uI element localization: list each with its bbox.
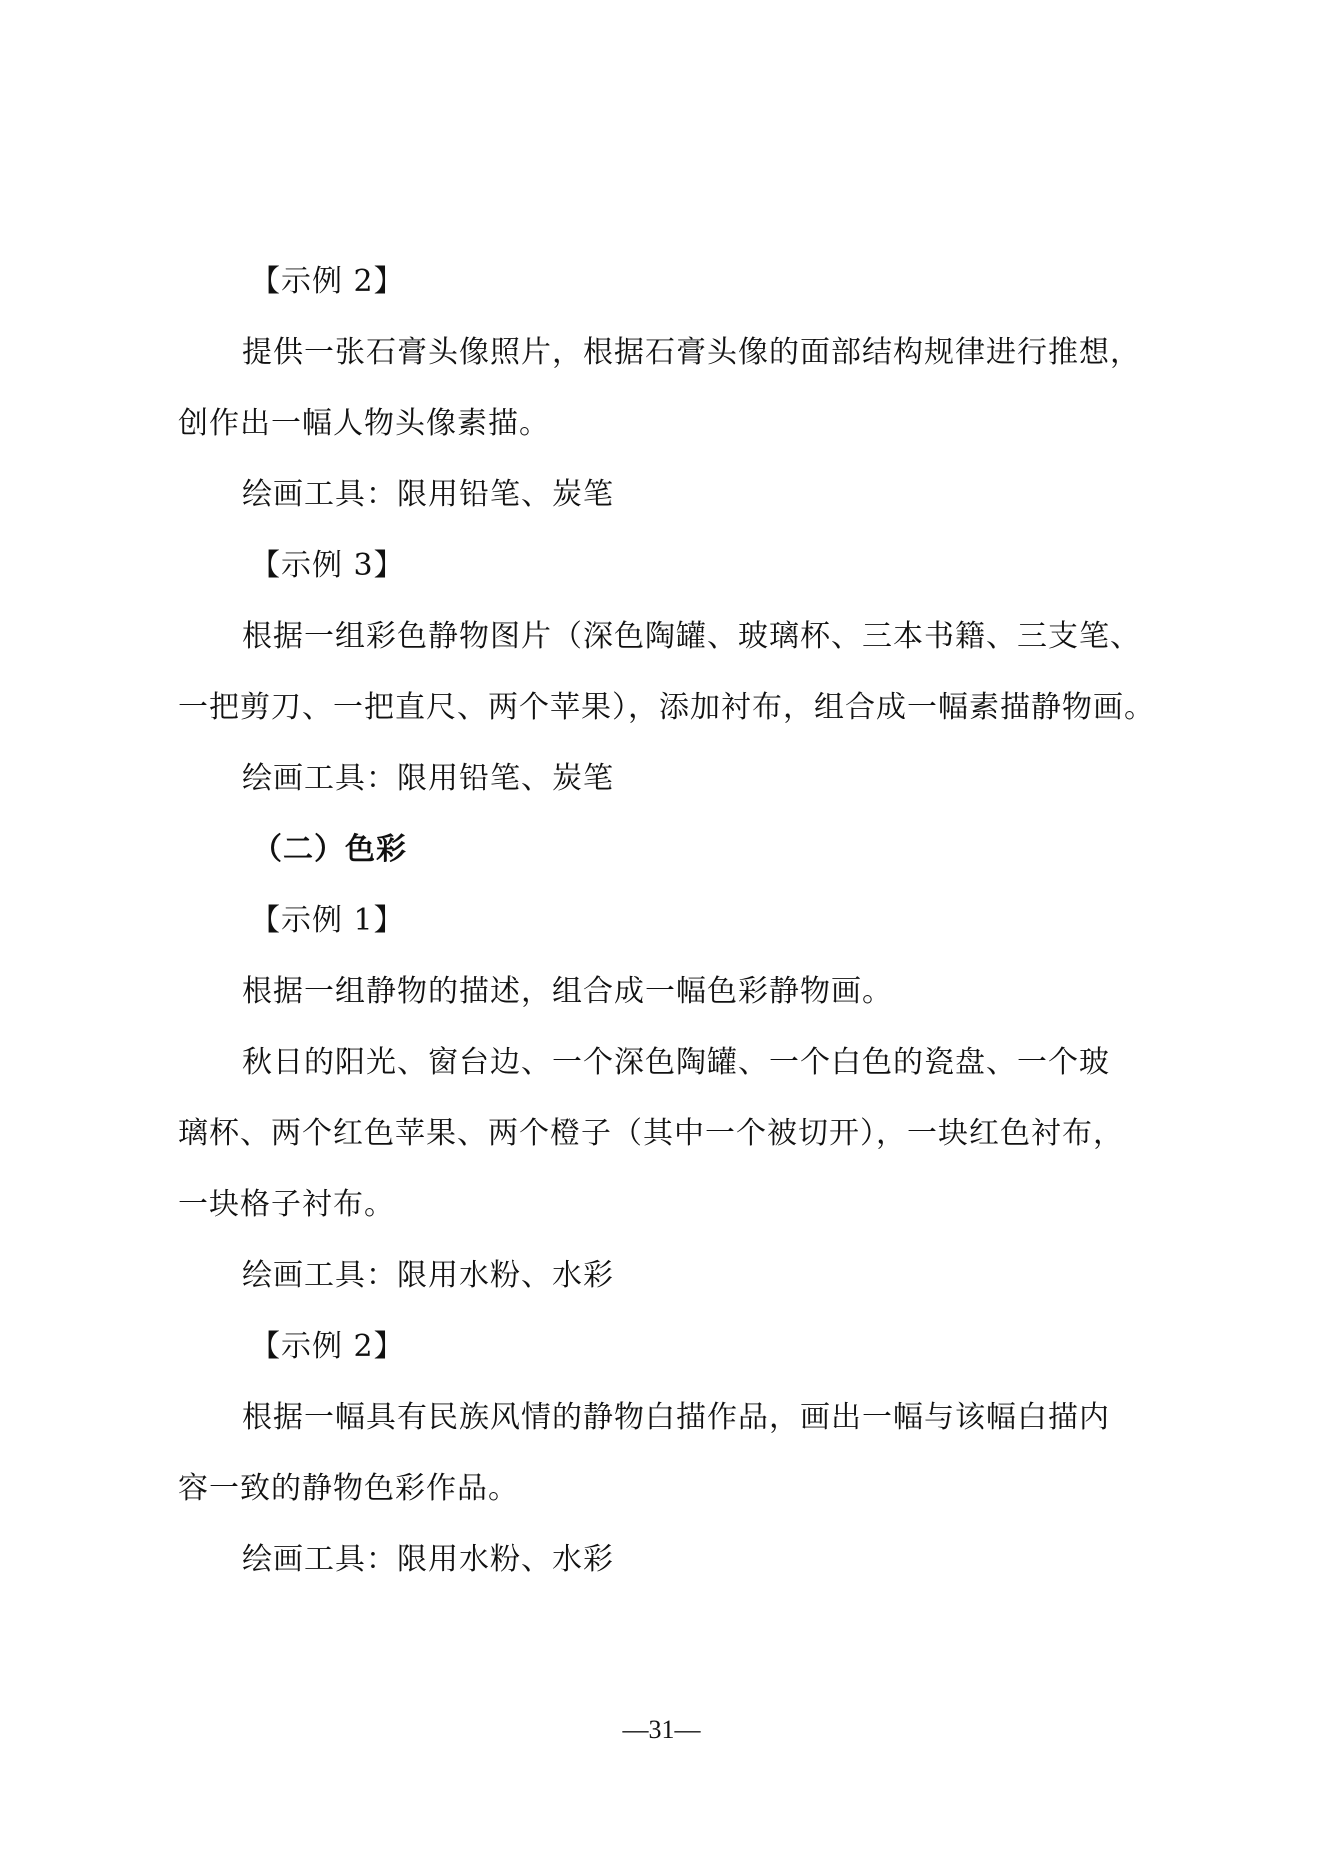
paragraph-line: 璃杯、两个红色苹果、两个橙子（其中一个被切开），一块红色衬布， xyxy=(178,1114,1148,1154)
paragraph-line: 秋日的阳光、窗台边、一个深色陶罐、一个白色的瓷盘、一个玻 xyxy=(242,1043,1212,1083)
paragraph-line: 提供一张石膏头像照片，根据石膏头像的面部结构规律进行推想， xyxy=(242,333,1212,373)
paragraph-line: 创作出一幅人物头像素描。 xyxy=(178,404,1148,444)
document-page: 【示例 2】 提供一张石膏头像照片，根据石膏头像的面部结构规律进行推想， 创作出… xyxy=(0,0,1323,1871)
example-heading: 【示例 3】 xyxy=(250,546,1220,586)
paragraph-line: 根据一组静物的描述，组合成一幅色彩静物画。 xyxy=(242,972,1212,1012)
paragraph-line: 根据一组彩色静物图片（深色陶罐、玻璃杯、三本书籍、三支笔、 xyxy=(242,617,1212,657)
example-heading: 【示例 2】 xyxy=(250,1327,1220,1367)
page-number: —31— xyxy=(0,1715,1323,1745)
example-heading: 【示例 2】 xyxy=(250,262,1220,302)
paragraph-line: 一把剪刀、一把直尺、两个苹果），添加衬布，组合成一幅素描静物画。 xyxy=(178,688,1148,728)
paragraph-line: 一块格子衬布。 xyxy=(178,1185,1148,1225)
paragraph-line: 根据一幅具有民族风情的静物白描作品，画出一幅与该幅白描内 xyxy=(242,1398,1212,1438)
section-title: （二）色彩 xyxy=(252,830,1222,870)
tools-line: 绘画工具：限用铅笔、炭笔 xyxy=(242,475,1212,515)
tools-line: 绘画工具：限用水粉、水彩 xyxy=(242,1256,1212,1296)
tools-line: 绘画工具：限用铅笔、炭笔 xyxy=(242,759,1212,799)
tools-line: 绘画工具：限用水粉、水彩 xyxy=(242,1540,1212,1580)
paragraph-line: 容一致的静物色彩作品。 xyxy=(178,1469,1148,1509)
example-heading: 【示例 1】 xyxy=(250,901,1220,941)
